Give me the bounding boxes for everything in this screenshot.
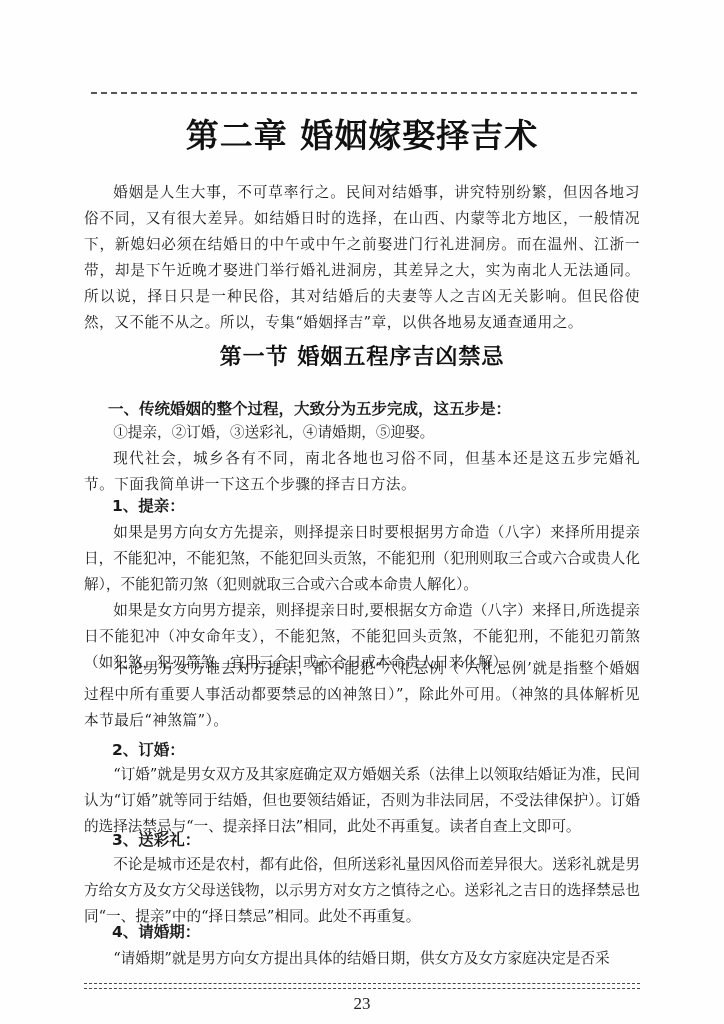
header-dashed-rule <box>91 92 637 94</box>
proposal-paragraph-1: 如果是男方向女方先提亲，则择提亲日时要根据男方命造（八字）来择所用提亲日，不能犯… <box>84 520 640 598</box>
book-page: 第二章 婚姻嫁娶择吉术 婚姻是人生大事，不可草率行之。民间对结婚事，讲究特别纷繁… <box>0 0 724 1024</box>
page-number: 23 <box>0 994 724 1014</box>
section-title: 第一节 婚姻五程序吉凶禁忌 <box>0 340 724 371</box>
five-steps-line: ①提亲，②订婚，③送彩礼，④请婚期，⑤迎娶。 <box>84 420 640 446</box>
betrothal-gifts-paragraph: 不论是城市还是农村，都有此俗，但所送彩礼量因风俗而差异很大。送彩礼就是男方给女方… <box>84 852 640 930</box>
modern-note-paragraph: 现代社会，城乡各有不同，南北各地也习俗不同，但基本还是这五步完婚礼节。下面我简单… <box>84 446 640 498</box>
item-heading-wedding-date: 4、请婚期： <box>112 920 200 942</box>
item-heading-proposal: 1、提亲： <box>112 494 185 516</box>
footer-double-dashed-rule <box>84 983 640 989</box>
item-heading-betrothal-gifts: 3、送彩礼： <box>112 828 200 850</box>
section-subheading: 一、传统婚姻的整个过程，大致分为五步完成，这五步是： <box>108 397 511 419</box>
chapter-intro-paragraph: 婚姻是人生大事，不可草率行之。民间对结婚事，讲究特别纷繁，但因各地习俗不同，又有… <box>84 180 640 336</box>
wedding-date-paragraph: “请婚期”就是男方向女方提出具体的结婚日期，供女方及女方家庭决定是否采 <box>84 946 640 972</box>
chapter-title: 第二章 婚姻嫁娶择吉术 <box>0 110 724 157</box>
proposal-paragraph-3: 不论男方女方谁去对方提亲，都不能犯“六礼忌例（‘六礼忌例’就是指整个婚姻过程中所… <box>84 656 640 734</box>
item-heading-engagement: 2、订婚： <box>112 738 185 760</box>
